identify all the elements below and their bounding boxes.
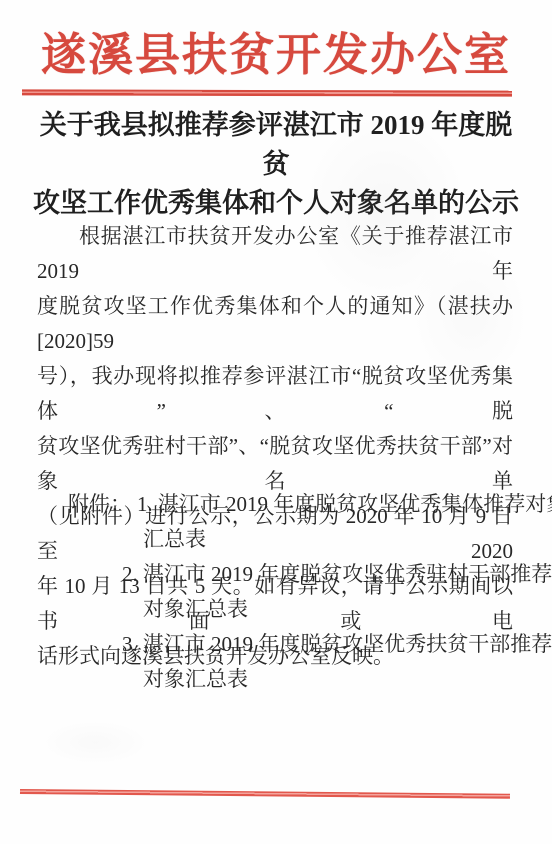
attachment-item: 2.湛江市 2019 年度脱贫攻坚优秀驻村干部推荐 [37, 557, 517, 592]
header-divider [22, 89, 512, 96]
document-title-line1: 关于我县拟推荐参评湛江市 2019 年度脱贫 [30, 106, 522, 184]
document-title-line2: 攻坚工作优秀集体和个人对象名单的公示 [30, 184, 522, 223]
attachment-text: 湛江市 2019 年度脱贫攻坚优秀扶贫干部推荐 [143, 632, 552, 656]
document-page: 遂溪县扶贫开发办公室 关于我县拟推荐参评湛江市 2019 年度脱贫 攻坚工作优秀… [0, 0, 552, 844]
attachment-number: 3. [122, 632, 138, 656]
footer-divider [20, 789, 510, 799]
attachment-text: 湛江市 2019 年度脱贫攻坚优秀集体推荐对象 [158, 492, 552, 516]
attachment-item: 3.湛江市 2019 年度脱贫攻坚优秀扶贫干部推荐 [37, 627, 517, 662]
attachment-text-continued: 汇总表 [37, 522, 517, 557]
attachment-text: 湛江市 2019 年度脱贫攻坚优秀驻村干部推荐 [143, 562, 552, 586]
body-line: 度脱贫攻坚工作优秀集体和个人的通知》（湛扶办[2020]59 [37, 289, 513, 359]
body-line: 号），我办现将拟推荐参评湛江市“脱贫攻坚优秀集体”、“脱 [37, 359, 513, 429]
scan-smudge [40, 720, 150, 765]
document-title: 关于我县拟推荐参评湛江市 2019 年度脱贫 攻坚工作优秀集体和个人对象名单的公… [30, 106, 522, 223]
body-line: 根据湛江市扶贫开发办公室《关于推荐湛江市 2019 年 [37, 219, 513, 289]
attachment-text-continued: 对象汇总表 [37, 592, 517, 627]
attachments-label: 附件： [68, 492, 131, 516]
agency-header: 遂溪县扶贫开发办公室 [0, 22, 552, 88]
attachments-section: 附件：1.湛江市 2019 年度脱贫攻坚优秀集体推荐对象 汇总表 2.湛江市 2… [37, 487, 517, 697]
attachment-number: 1. [137, 492, 153, 516]
attachment-item: 附件：1.湛江市 2019 年度脱贫攻坚优秀集体推荐对象 [37, 487, 517, 522]
attachment-text-continued: 对象汇总表 [37, 662, 517, 697]
attachment-number: 2. [122, 562, 138, 586]
